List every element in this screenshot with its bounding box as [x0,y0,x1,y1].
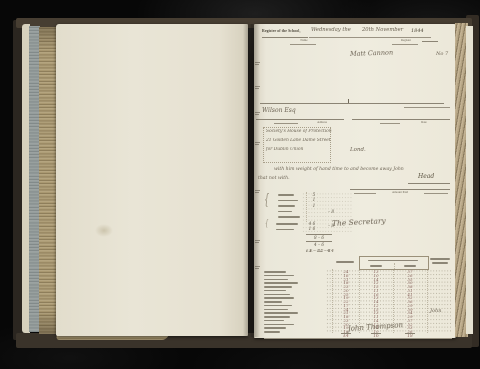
right-endpaper-edge [466,26,473,334]
illegible-row-label [264,316,290,318]
handwritten-address-line: Society's House of Protection [266,130,332,134]
right-page: Register of the School, Wednesday the 20… [254,24,456,338]
illegible-row-label [264,286,292,288]
figure: 1 [308,198,320,202]
printed-caption-amount: Amount Paid [378,191,422,194]
handwritten-address-line: 21 Golden Lane Dame Street [266,139,331,143]
illegible-row-label [264,331,280,333]
illegible-row-label [276,229,294,231]
handwritten-year: 1844 [411,29,424,34]
handwritten-addressee: Wilson Esq [262,108,296,114]
handwritten-day: Wednesday the [311,28,351,33]
illegible-row-label [278,200,298,202]
illegible-row-label [264,271,286,273]
photograph-of-open-register-book: Register of the School, Wednesday the 20… [0,0,480,369]
figure: 1 6 [304,227,320,231]
handwritten-entry-number: No 7 [436,52,448,57]
printed-caption-register: Register [386,39,426,42]
printed-caption-address: Address [302,121,342,124]
illegible-row-label [278,194,294,196]
handwritten-date: 20th November [362,28,403,33]
illegible-row-label [264,297,294,299]
printed-caption-rate: Rate [404,121,444,124]
figure-sum: – 8 [324,210,338,214]
illegible-row-label [264,327,286,329]
figure: 1 [308,204,320,208]
illegible-row-label [264,305,292,307]
handwritten-head-word: Head [418,174,434,180]
handwritten-address-line: for Dublin Union [266,148,303,152]
illegible-row-label [264,279,288,281]
table-header-lbs-label [336,261,354,263]
figure-total: 4 – 6 [306,243,332,247]
illegible-row-label [278,211,292,213]
printed-caption-name: Name [284,39,324,42]
illegible-row-label [278,205,295,207]
center-tick-mark [348,99,349,103]
figure-total: 18 [404,335,416,339]
illegible-row-label [264,282,298,284]
address-box: Society's House of Protection 21 Golden … [263,127,331,163]
printed-form-title: Register of the School, [262,30,301,34]
illegible-row-label [264,309,288,311]
handwritten-entry-name: Matt Cannon [350,49,393,57]
illegible-row-label [264,320,284,322]
handwritten-note-line2: that not with. [258,177,290,182]
illegible-row-label [264,324,294,326]
figure-total: £4 [340,335,352,339]
handwritten-side-note: Lond. [350,148,366,154]
brace-glyph: { [264,192,269,207]
illegible-row-label [264,275,294,277]
table-header-right-label [432,262,448,264]
handwritten-amount-figure: £ – 12 – 14 [310,250,334,254]
illegible-row-label [278,216,300,218]
handwritten-margin-word: John [430,309,441,314]
illegible-row-label [264,290,286,292]
brace-glyph: { [265,220,268,229]
illegible-row-label [264,312,298,314]
figure-total: 16 [370,335,382,339]
figure-total: 8 – 6 [306,236,332,240]
table-header-box [359,256,429,270]
illegible-row-label [264,294,290,296]
book-gutter [243,24,260,337]
left-page-edges-tan [39,27,57,334]
handwritten-note-line1: with him weight of hand time to and beco… [274,168,404,173]
handwritten-secretary: The Secretary [332,217,386,227]
illegible-row-label [264,301,282,303]
left-page [56,24,248,336]
table-header-right-label [430,258,450,260]
illegible-row-label [276,223,298,225]
page-stain [95,224,113,237]
